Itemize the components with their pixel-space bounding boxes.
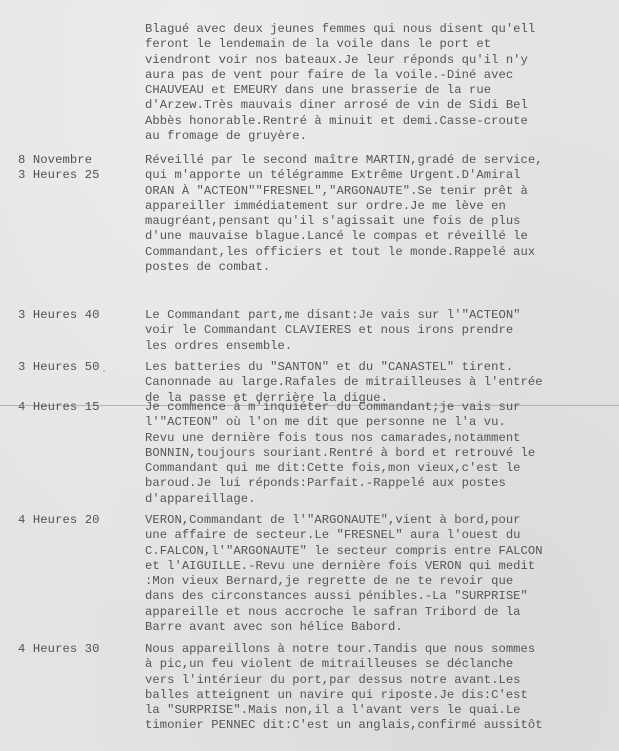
text-line: ORAN À "ACTEON""FRESNEL","ARGONAUTE".Se …	[145, 184, 619, 199]
text-line: Nous appareillons à notre tour.Tandis qu…	[145, 642, 619, 657]
text-line: à pic,un feu violent de mitrailleuses se…	[145, 657, 619, 672]
text-line: voir le Commandant CLAVIERES et nous iro…	[145, 323, 619, 338]
text-line: CHAUVEAU et EMEURY dans une brasserie de…	[145, 83, 619, 98]
text-line: Blagué avec deux jeunes femmes qui nous …	[145, 22, 619, 37]
text-line: et l'AIGUILLE.-Revu une dernière fois VE…	[145, 559, 619, 574]
text-line: aura pas de vent pour faire de la voile.…	[145, 68, 619, 83]
text-line: Réveillé par le second maître MARTIN,gra…	[145, 153, 619, 168]
text-line: Commandant qui me dit:Cette fois,mon vie…	[145, 461, 619, 476]
paper-speck	[103, 370, 105, 372]
entry-text: Je commence à m'inquiéter du Commandant;…	[145, 400, 619, 507]
text-line: l'"ACTEON" où l'on me dit que personne n…	[145, 415, 619, 430]
entry-time: 4 Heures 15	[18, 400, 100, 415]
text-line: :Mon vieux Bernard,je regrette de ne te …	[145, 574, 619, 589]
text-line: qui m'apporte un télégramme Extrême Urge…	[145, 168, 619, 183]
entry-time: 4 Heures 30	[18, 642, 100, 657]
text-line: Revu une dernière fois tous nos camarade…	[145, 431, 619, 446]
text-line: maugréant,pensant qu'il s'agissait une f…	[145, 214, 619, 229]
text-line: une affaire de secteur.Le "FRESNEL" aura…	[145, 528, 619, 543]
text-line: balles atteignent un navire qui riposte.…	[145, 688, 619, 703]
entry-time: 4 Heures 20	[18, 513, 100, 528]
text-line: feront le lendemain de la voile dans le …	[145, 37, 619, 52]
entry-time-line: 4 Heures 15	[18, 400, 100, 415]
text-line: appareiller immédiatement sur ordre.Je m…	[145, 199, 619, 214]
text-line: postes de combat.	[145, 260, 619, 275]
entry-time-line: 8 Novembre	[18, 153, 100, 168]
entry-text: Réveillé par le second maître MARTIN,gra…	[145, 153, 619, 275]
text-line: Barre avant avec son hélice Babord.	[145, 620, 619, 635]
entry-time: 3 Heures 40	[18, 308, 100, 323]
text-line: au fromage de gruyère.	[145, 129, 619, 144]
text-line: Les batteries du "SANTON" et du "CANASTE…	[145, 360, 619, 375]
entry-text: Blagué avec deux jeunes femmes qui nous …	[145, 22, 619, 144]
entry-time: 3 Heures 50	[18, 360, 100, 375]
entry-time-line: 4 Heures 30	[18, 642, 100, 657]
text-line: Canonnade au large.Rafales de mitrailleu…	[145, 375, 619, 390]
entry-time-line: 3 Heures 40	[18, 308, 100, 323]
text-line: baroud.Je lui réponds:Parfait.-Rappelé a…	[145, 476, 619, 491]
text-line: viendront voir nos bateaux.Je leur répon…	[145, 53, 619, 68]
text-line: BONNIN,toujours souriant.Rentré à bord e…	[145, 446, 619, 461]
text-line: la "SURPRISE".Mais non,il a l'avant vers…	[145, 703, 619, 718]
text-line: C.FALCON,l'"ARGONAUTE" le secteur compri…	[145, 544, 619, 559]
text-line: d'une mauvaise blague.Lancé le compas et…	[145, 229, 619, 244]
text-line: Abbès honorable.Rentré à minuit et demi.…	[145, 114, 619, 129]
text-line: Commandant,les officiers et tout le mond…	[145, 245, 619, 260]
text-line: vers l'intérieur du port,par dessus notr…	[145, 673, 619, 688]
text-line: d'appareillage.	[145, 492, 619, 507]
entry-time-line: 3 Heures 25	[18, 168, 100, 183]
entry-text: Nous appareillons à notre tour.Tandis qu…	[145, 642, 619, 734]
text-line: d'Arzew.Très mauvais diner arrosé de vin…	[145, 98, 619, 113]
text-line: timonier PENNEC dit:C'est un anglais,con…	[145, 718, 619, 733]
entry-text: Le Commandant part,me disant:Je vais sur…	[145, 308, 619, 354]
text-line: dans des circonstances aussi pénibles.-L…	[145, 589, 619, 604]
text-line: VERON,Commandant de l'"ARGONAUTE",vient …	[145, 513, 619, 528]
typewritten-page: Blagué avec deux jeunes femmes qui nous …	[0, 0, 619, 751]
entry-time: 8 Novembre3 Heures 25	[18, 153, 100, 183]
entry-time-line: 3 Heures 50	[18, 360, 100, 375]
text-line: Le Commandant part,me disant:Je vais sur…	[145, 308, 619, 323]
text-line: appareille et nous accroche le safran Tr…	[145, 605, 619, 620]
text-line: les ordres ensemble.	[145, 339, 619, 354]
entry-text: Les batteries du "SANTON" et du "CANASTE…	[145, 360, 619, 406]
entry-text: VERON,Commandant de l'"ARGONAUTE",vient …	[145, 513, 619, 635]
entry-time-line: 4 Heures 20	[18, 513, 100, 528]
text-line: Je commence à m'inquiéter du Commandant;…	[145, 400, 619, 415]
